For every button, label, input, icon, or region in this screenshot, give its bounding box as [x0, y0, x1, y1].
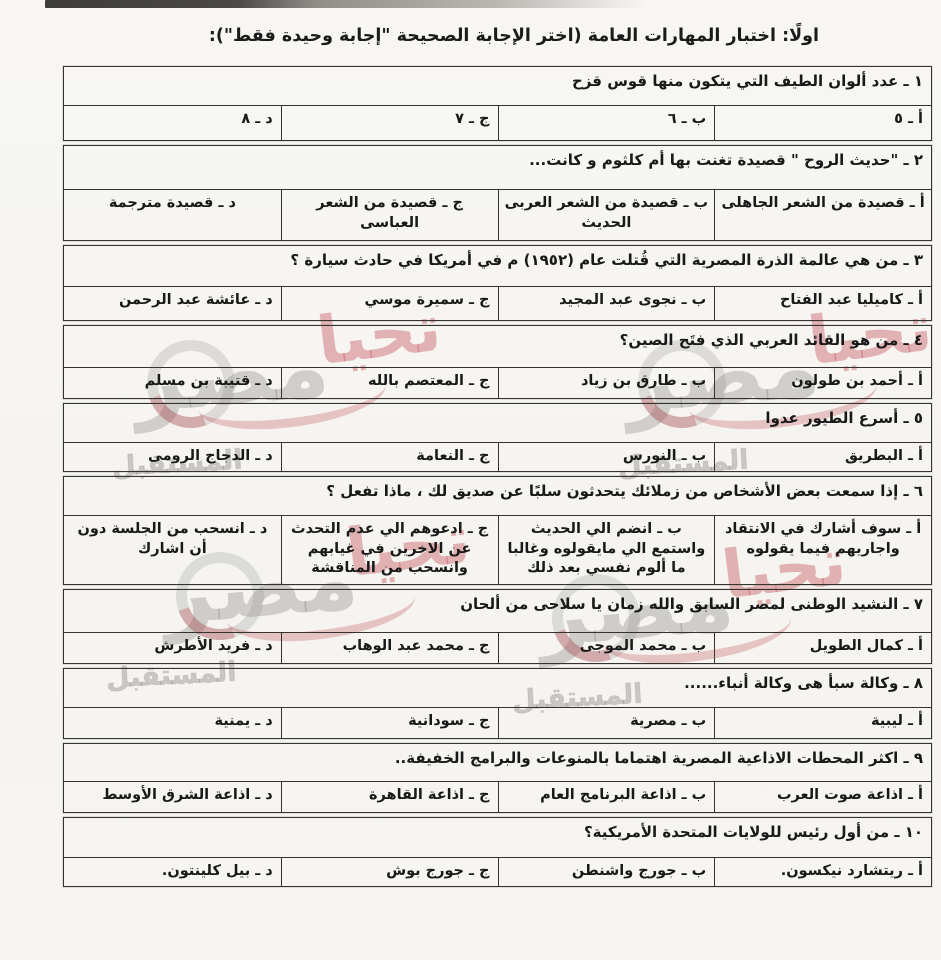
option-a: أ ـ البطريق — [714, 443, 931, 471]
options-row: أ ـ كمال الطويل ب ـ محمد الموجى ج ـ محمد… — [64, 633, 931, 663]
option-b: ب ـ مصرية — [498, 708, 715, 738]
option-a: أ ـ كاميليا عبد الفتاح — [714, 287, 931, 320]
scan-artifact-bar — [45, 0, 645, 8]
options-row: أ ـ ٥ ب ـ ٦ ج ـ ٧ د ـ ٨ — [64, 106, 931, 140]
option-c: ج ـ قصيدة من الشعر العباسى — [281, 190, 498, 240]
question-text: ٧ ـ النشيد الوطنى لمصر السابق والله زمان… — [64, 590, 931, 633]
option-d: د ـ يمنية — [64, 708, 281, 738]
question-text: ٥ ـ أسرع الطيور عدوا — [64, 404, 931, 443]
question-text: ٣ ـ من هي عالمة الذرة المصرية التي قُتلت… — [64, 246, 931, 287]
question-text: ٢ ـ "حديث الروح " قصيدة تغنت بها أم كلثو… — [64, 146, 931, 190]
option-a: أ ـ اذاعة صوت العرب — [714, 782, 931, 812]
question-block-3: ٣ ـ من هي عالمة الذرة المصرية التي قُتلت… — [63, 245, 932, 321]
options-row: أ ـ كاميليا عبد الفتاح ب ـ نجوى عبد المج… — [64, 287, 931, 320]
option-a: أ ـ كمال الطويل — [714, 633, 931, 663]
option-b: ب ـ محمد الموجى — [498, 633, 715, 663]
question-block-10: ١٠ ـ من أول رئيس للولايات المتحدة الأمري… — [63, 817, 932, 887]
page-title: اولًا: اختبار المهارات العامة (اختر الإج… — [209, 26, 819, 46]
option-d: د ـ اذاعة الشرق الأوسط — [64, 782, 281, 812]
options-row: أ ـ البطريق ب ـ النورس ج ـ النعامة د ـ ا… — [64, 443, 931, 471]
option-c: ج ـ ادعوهم الي عدم التحدث عن الاخرين في … — [281, 516, 498, 584]
option-c: ج ـ النعامة — [281, 443, 498, 471]
option-c: ج ـ ٧ — [281, 106, 498, 140]
question-block-1: ١ ـ عدد ألوان الطيف التي يتكون منها قوس … — [63, 66, 932, 141]
option-a: أ ـ ليبية — [714, 708, 931, 738]
option-b: ب ـ انضم الي الحديث واستمع الي مايقولوه … — [498, 516, 715, 584]
options-row: أ ـ ليبية ب ـ مصرية ج ـ سودانية د ـ يمني… — [64, 708, 931, 738]
question-block-2: ٢ ـ "حديث الروح " قصيدة تغنت بها أم كلثو… — [63, 145, 932, 241]
question-text: ١ ـ عدد ألوان الطيف التي يتكون منها قوس … — [64, 67, 931, 106]
option-a: أ ـ ريتشارد نيكسون. — [714, 858, 931, 886]
question-block-8: ٨ ـ وكالة سبأ هى وكالة أنباء...... أ ـ ل… — [63, 668, 932, 739]
option-a: أ ـ ٥ — [714, 106, 931, 140]
question-text: ١٠ ـ من أول رئيس للولايات المتحدة الأمري… — [64, 818, 931, 858]
option-d: د ـ بيل كلينتون. — [64, 858, 281, 886]
option-d: د ـ ٨ — [64, 106, 281, 140]
option-d: د ـ فريد الأطرش — [64, 633, 281, 663]
question-block-7: ٧ ـ النشيد الوطنى لمصر السابق والله زمان… — [63, 589, 932, 664]
question-text: ٨ ـ وكالة سبأ هى وكالة أنباء...... — [64, 669, 931, 708]
option-d: د ـ قتيبة بن مسلم — [64, 368, 281, 398]
option-d: د ـ عائشة عبد الرحمن — [64, 287, 281, 320]
question-block-5: ٥ ـ أسرع الطيور عدوا أ ـ البطريق ب ـ الن… — [63, 403, 932, 472]
option-b: ب ـ نجوى عبد المجيد — [498, 287, 715, 320]
question-text: ٩ ـ اكثر المحطات الاذاعية المصرية اهتمام… — [64, 744, 931, 782]
options-row: أ ـ أحمد بن طولون ب ـ طارق بن زياد ج ـ ا… — [64, 368, 931, 398]
option-d: د ـ انسحب من الجلسة دون أن اشارك — [64, 516, 281, 584]
question-block-9: ٩ ـ اكثر المحطات الاذاعية المصرية اهتمام… — [63, 743, 932, 813]
question-block-4: ٤ ـ من هو القائد العربي الذي فتَح الصين؟… — [63, 325, 932, 399]
option-b: ب ـ طارق بن زياد — [498, 368, 715, 398]
options-row: أ ـ ريتشارد نيكسون. ب ـ جورج واشنطن ج ـ … — [64, 858, 931, 886]
option-a: أ ـ سوف أشارك في الانتقاد واجاريهم فيما … — [714, 516, 931, 584]
options-row: أ ـ قصيدة من الشعر الجاهلى ب ـ قصيدة من … — [64, 190, 931, 240]
option-b: ب ـ اذاعة البرنامج العام — [498, 782, 715, 812]
option-c: ج ـ محمد عبد الوهاب — [281, 633, 498, 663]
questions-table: ١ ـ عدد ألوان الطيف التي يتكون منها قوس … — [63, 66, 932, 891]
option-b: ب ـ ٦ — [498, 106, 715, 140]
question-text: ٤ ـ من هو القائد العربي الذي فتَح الصين؟ — [64, 326, 931, 368]
option-c: ج ـ سودانية — [281, 708, 498, 738]
option-c: ج ـ جورج بوش — [281, 858, 498, 886]
options-row: أ ـ اذاعة صوت العرب ب ـ اذاعة البرنامج ا… — [64, 782, 931, 812]
option-d: د ـ الدجاج الرومى — [64, 443, 281, 471]
option-b: ب ـ قصيدة من الشعر العربى الحديث — [498, 190, 715, 240]
options-row: أ ـ سوف أشارك في الانتقاد واجاريهم فيما … — [64, 516, 931, 584]
scanned-exam-page: تحيا مصر المستقبل تحيا مصر المستقبل تحيا… — [0, 0, 941, 960]
option-c: ج ـ اذاعة القاهرة — [281, 782, 498, 812]
question-text: ٦ ـ إذا سمعت بعض الأشخاص من زملائك يتحدث… — [64, 477, 931, 516]
option-a: أ ـ قصيدة من الشعر الجاهلى — [714, 190, 931, 240]
option-b: ب ـ جورج واشنطن — [498, 858, 715, 886]
option-b: ب ـ النورس — [498, 443, 715, 471]
option-a: أ ـ أحمد بن طولون — [714, 368, 931, 398]
question-block-6: ٦ ـ إذا سمعت بعض الأشخاص من زملائك يتحدث… — [63, 476, 932, 585]
option-c: ج ـ سميرة موسي — [281, 287, 498, 320]
option-d: د ـ قصيدة مترجمة — [64, 190, 281, 240]
option-c: ج ـ المعتصم بالله — [281, 368, 498, 398]
